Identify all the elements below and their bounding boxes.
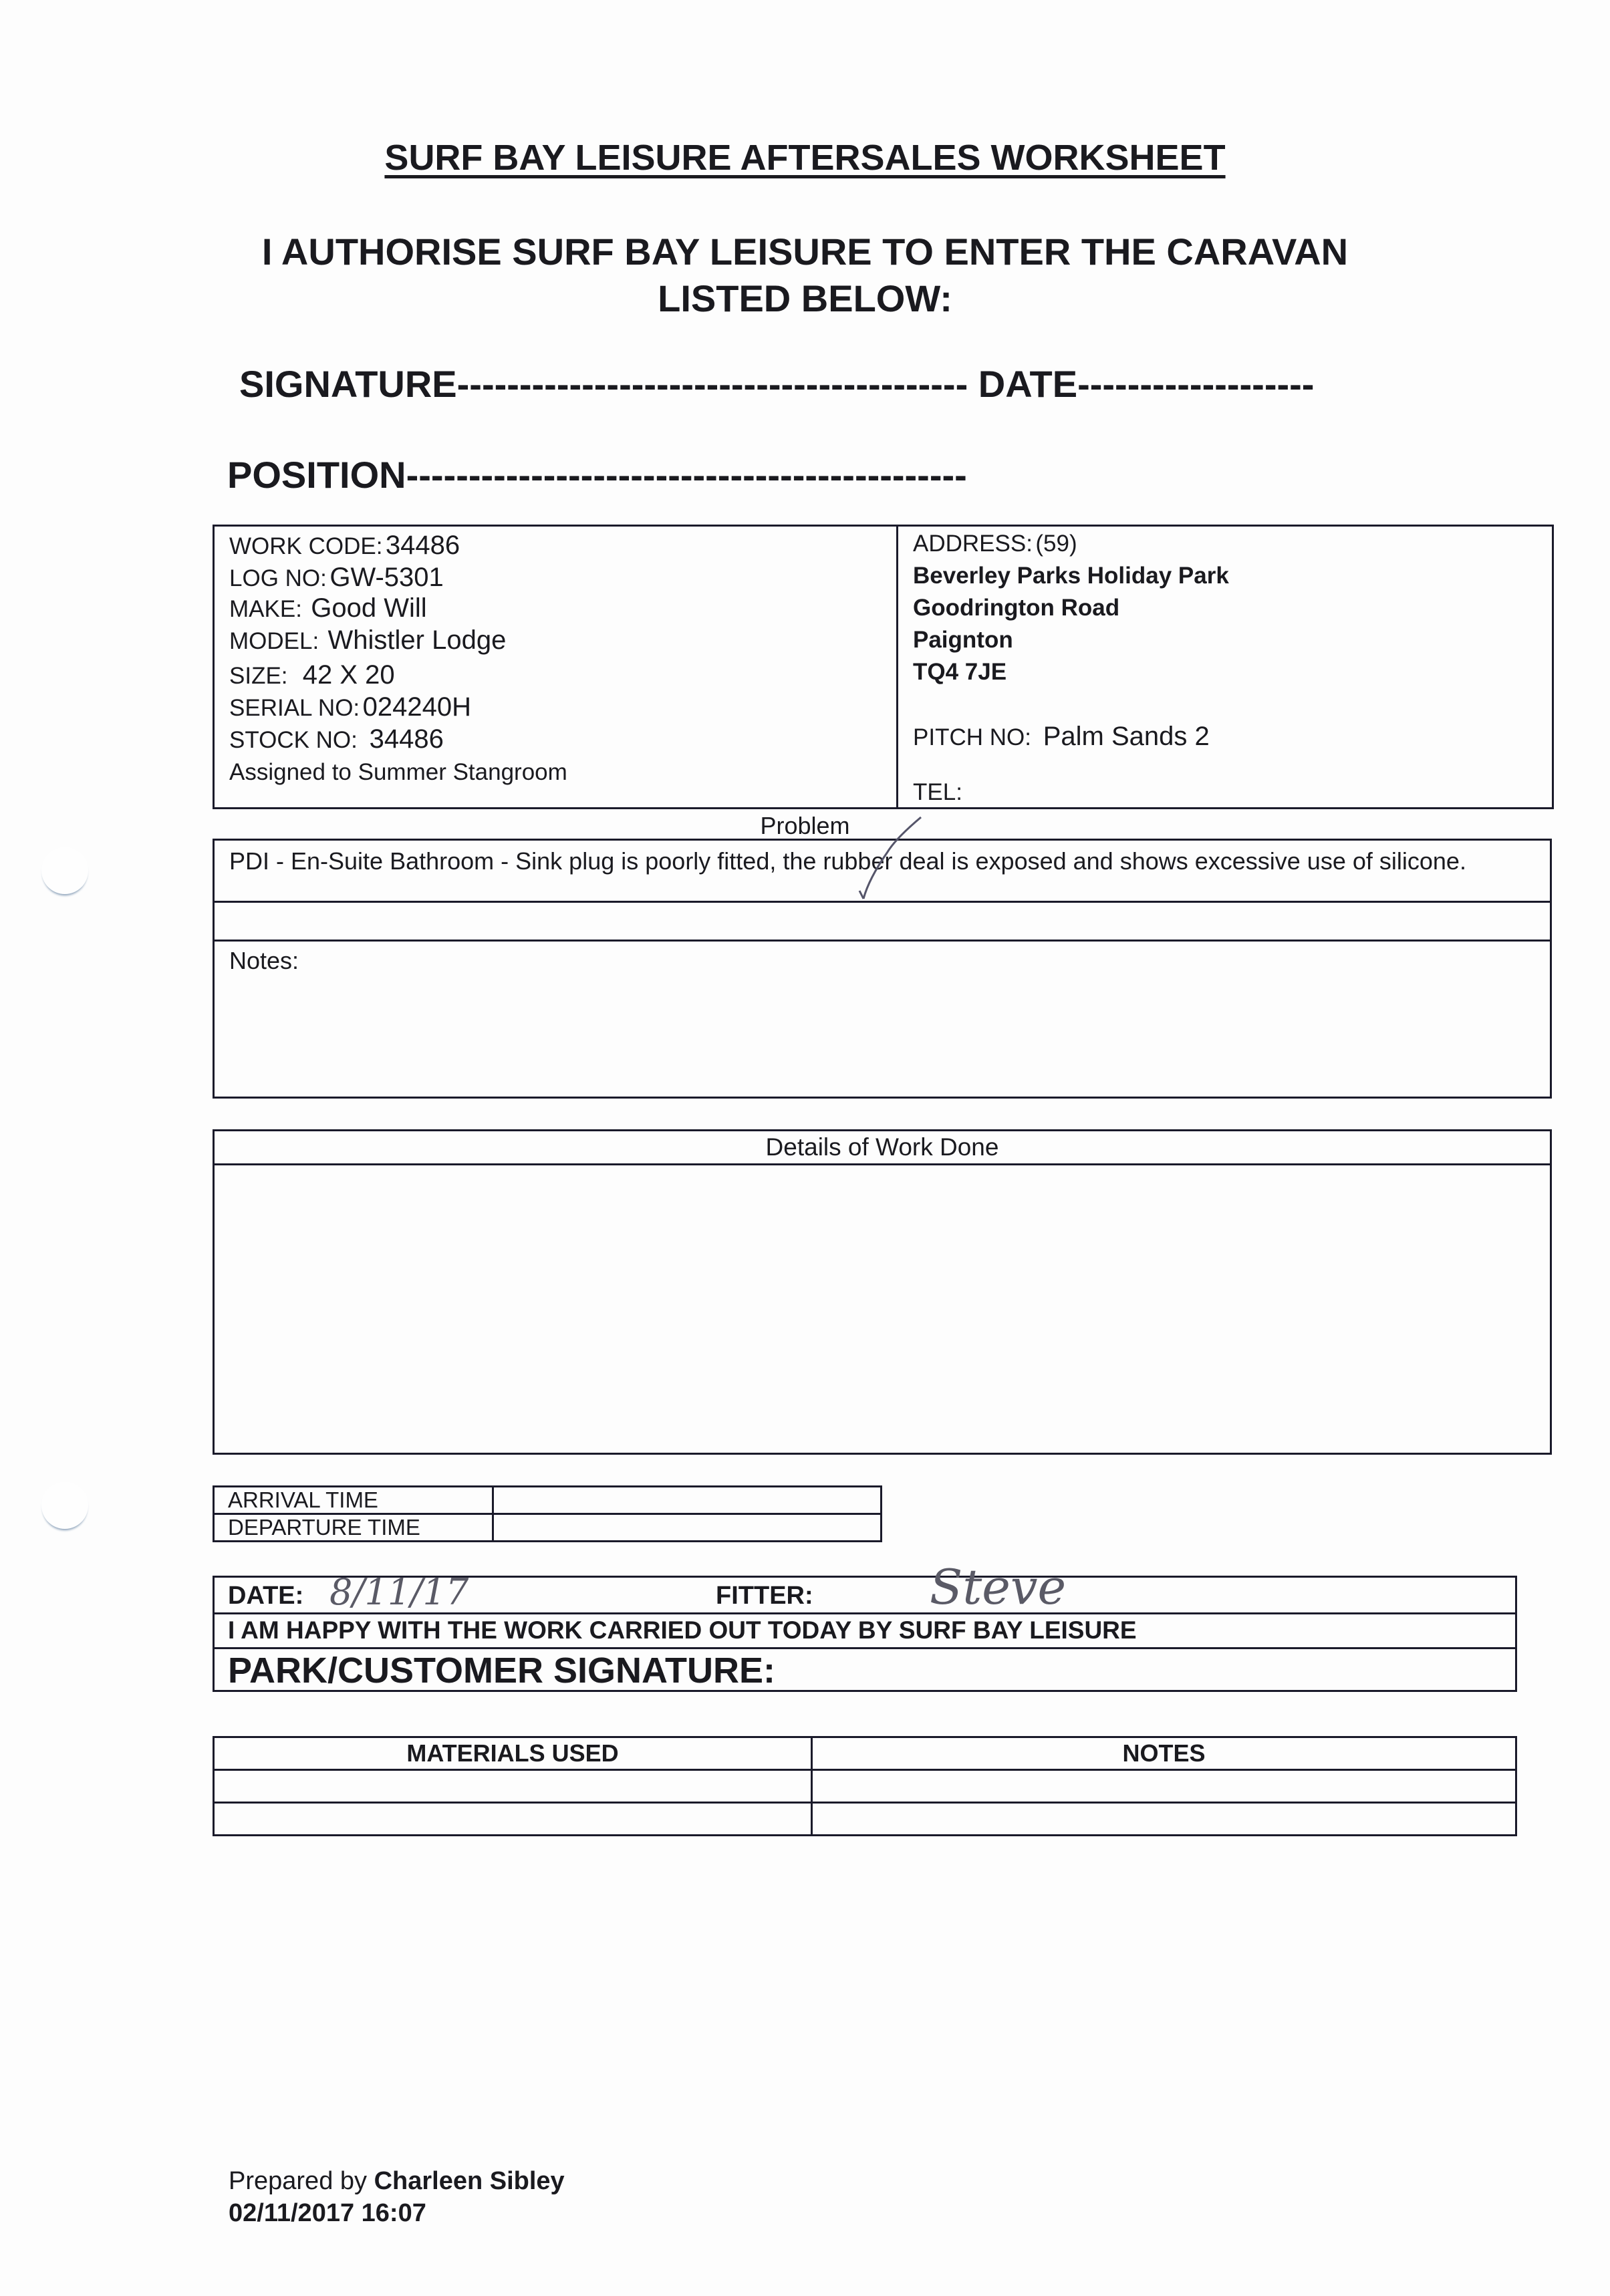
table-row xyxy=(214,1803,1516,1836)
address-row: ADDRESS: (59) xyxy=(913,531,1077,557)
notes-label: Notes: xyxy=(229,947,299,975)
authorisation-line-1: I AUTHORISE SURF BAY LEISURE TO ENTER TH… xyxy=(0,229,1610,275)
arrival-label: ARRIVAL TIME xyxy=(214,1487,493,1514)
size-value: 42 X 20 xyxy=(303,660,395,690)
statement-row: I AM HAPPY WITH THE WORK CARRIED OUT TOD… xyxy=(215,1612,1515,1649)
hole-punch-mark xyxy=(41,1482,88,1529)
arrival-row: ARRIVAL TIME xyxy=(214,1487,882,1514)
materials-cell[interactable] xyxy=(214,1803,812,1836)
checkmark-icon xyxy=(822,812,942,905)
stock-no-label: STOCK NO: xyxy=(229,727,358,753)
work-code-value: 34486 xyxy=(386,531,460,560)
serial-no-row: SERIAL NO: 024240H xyxy=(229,692,471,722)
fitter-signature[interactable]: Steve xyxy=(930,1559,1066,1615)
make-row: MAKE: Good Will xyxy=(229,593,427,623)
log-no-row: LOG NO: GW-5301 xyxy=(229,563,444,593)
tel-row: TEL: xyxy=(913,779,962,806)
date-field[interactable]: ------------------- xyxy=(1077,363,1314,405)
prepared-by-footer: Prepared by Charleen Sibley 02/11/2017 1… xyxy=(229,2165,565,2229)
customer-signature-row[interactable]: PARK/CUSTOMER SIGNATURE: xyxy=(215,1647,1515,1690)
work-code-row: WORK CODE: 34486 xyxy=(229,531,460,561)
model-value: Whistler Lodge xyxy=(328,625,507,655)
notes-header: NOTES xyxy=(812,1737,1516,1770)
make-label: MAKE: xyxy=(229,596,302,622)
pitch-value: Palm Sands 2 xyxy=(1043,722,1210,751)
page-title: SURF BAY LEISURE AFTERSALES WORKSHEET xyxy=(0,137,1610,178)
departure-label: DEPARTURE TIME xyxy=(214,1514,493,1542)
materials-used-header: MATERIALS USED xyxy=(214,1737,812,1770)
position-label: POSITION xyxy=(227,454,406,496)
signoff-date-label: DATE: xyxy=(228,1582,303,1610)
notes-cell[interactable] xyxy=(812,1803,1516,1836)
stock-no-row: STOCK NO: 34486 xyxy=(229,724,444,754)
customer-signature-label: PARK/CUSTOMER SIGNATURE: xyxy=(228,1650,775,1691)
address-line: TQ4 7JE xyxy=(913,659,1007,686)
fitter-label: FITTER: xyxy=(716,1582,813,1610)
departure-field[interactable] xyxy=(493,1514,882,1542)
tel-label: TEL: xyxy=(913,779,962,805)
address-number: (59) xyxy=(1035,531,1077,557)
notes-box[interactable]: Notes: xyxy=(213,940,1552,1099)
serial-no-label: SERIAL NO: xyxy=(229,695,360,721)
size-row: SIZE: 42 X 20 xyxy=(229,660,395,690)
signature-label: SIGNATURE xyxy=(239,363,457,405)
authorisation-line-2: LISTED BELOW: xyxy=(0,275,1610,322)
work-done-label: Details of Work Done xyxy=(215,1131,1550,1165)
prepared-by-line: Prepared by Charleen Sibley xyxy=(229,2165,565,2197)
date-label: DATE xyxy=(978,363,1077,405)
pitch-row: PITCH NO: Palm Sands 2 xyxy=(913,722,1210,752)
prepared-timestamp: 02/11/2017 16:07 xyxy=(229,2197,565,2229)
model-row: MODEL: Whistler Lodge xyxy=(229,625,506,656)
departure-row: DEPARTURE TIME xyxy=(214,1514,882,1542)
stock-no-value: 34486 xyxy=(370,724,444,754)
signoff-date-value[interactable]: 8/11/17 xyxy=(329,1571,468,1613)
work-done-box[interactable]: Details of Work Done xyxy=(213,1129,1552,1455)
signature-line[interactable]: SIGNATURE-------------------------------… xyxy=(239,362,1314,406)
authorisation-statement: I AUTHORISE SURF BAY LEISURE TO ENTER TH… xyxy=(0,229,1610,322)
work-code-label: WORK CODE: xyxy=(229,533,382,559)
times-table: ARRIVAL TIME DEPARTURE TIME xyxy=(213,1485,882,1542)
prepared-by-label: Prepared by xyxy=(229,2167,367,2195)
notes-cell[interactable] xyxy=(812,1770,1516,1803)
address-line: Beverley Parks Holiday Park xyxy=(913,563,1229,589)
caravan-details-panel: WORK CODE: 34486 LOG NO: GW-5301 MAKE: G… xyxy=(213,525,898,809)
position-field[interactable]: ----------------------------------------… xyxy=(406,454,967,496)
address-line: Goodrington Road xyxy=(913,595,1119,621)
materials-cell[interactable] xyxy=(214,1770,812,1803)
pitch-label: PITCH NO: xyxy=(913,724,1031,750)
address-panel: ADDRESS: (59) Beverley Parks Holiday Par… xyxy=(896,525,1554,809)
position-line[interactable]: POSITION--------------------------------… xyxy=(227,453,967,496)
problem-label: Problem xyxy=(0,812,1610,840)
satisfaction-statement: I AM HAPPY WITH THE WORK CARRIED OUT TOD… xyxy=(228,1616,1137,1644)
assigned-to: Assigned to Summer Stangroom xyxy=(229,759,567,786)
hole-punch-mark xyxy=(41,847,88,894)
make-value: Good Will xyxy=(311,593,426,623)
materials-header-row: MATERIALS USED NOTES xyxy=(214,1737,1516,1770)
address-label: ADDRESS: xyxy=(913,531,1033,557)
signoff-box: DATE: 8/11/17 FITTER: Steve I AM HAPPY W… xyxy=(213,1576,1517,1692)
table-row xyxy=(214,1770,1516,1803)
log-no-label: LOG NO: xyxy=(229,565,327,591)
arrival-field[interactable] xyxy=(493,1487,882,1514)
model-label: MODEL: xyxy=(229,628,319,654)
serial-no-value: 024240H xyxy=(363,692,471,722)
materials-table: MATERIALS USED NOTES xyxy=(213,1736,1517,1836)
signature-field[interactable]: ----------------------------------------… xyxy=(457,363,968,405)
log-no-value: GW-5301 xyxy=(329,563,443,592)
address-line: Paignton xyxy=(913,627,1013,654)
date-fitter-row: DATE: 8/11/17 FITTER: Steve xyxy=(215,1578,1515,1614)
size-label: SIZE: xyxy=(229,663,288,689)
problem-extra-row[interactable] xyxy=(213,901,1552,942)
prepared-by-name: Charleen Sibley xyxy=(374,2167,565,2195)
